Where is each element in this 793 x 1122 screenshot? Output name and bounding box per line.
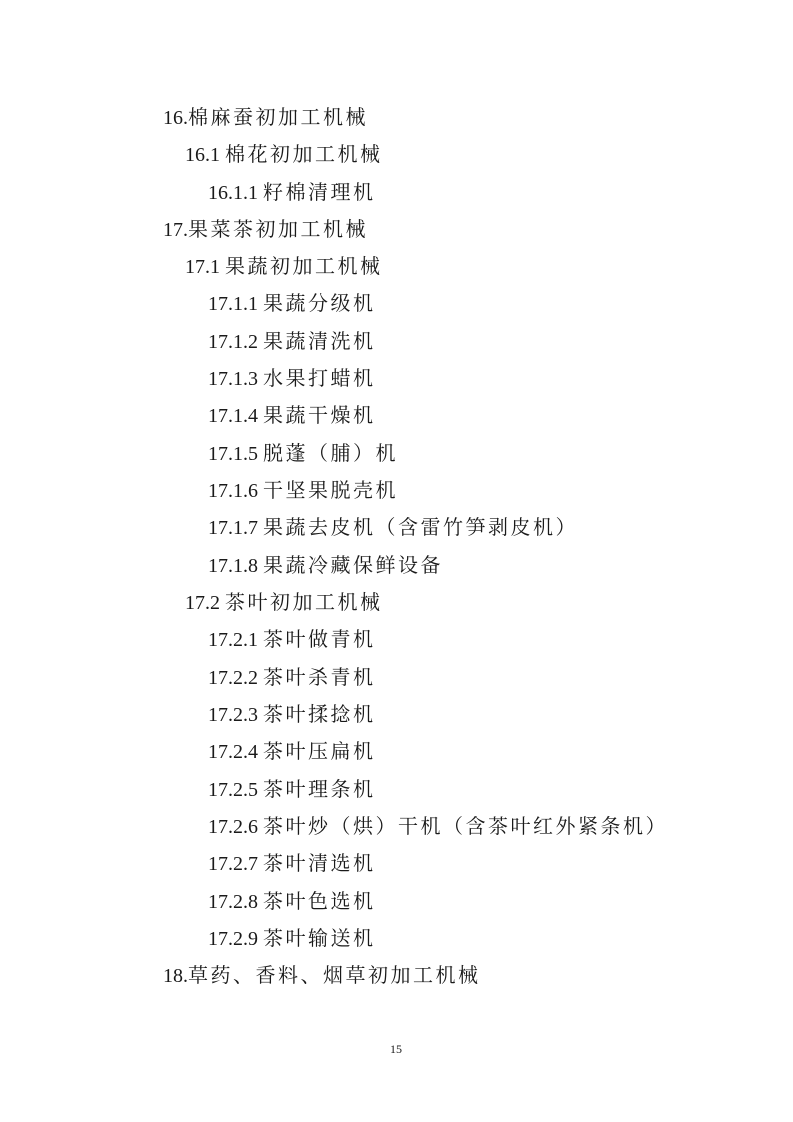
item-text: 茶叶炒（烘）干机（含茶叶红外紧条机）	[263, 816, 668, 838]
subheading-item: 17.2 茶叶初加工机械	[185, 591, 383, 615]
item-text: 果菜茶初加工机械	[188, 219, 368, 241]
heading-item: 16.棉麻蚕初加工机械	[163, 106, 368, 130]
item-number: 16.1.1	[208, 182, 263, 204]
item-text: 果蔬清洗机	[263, 331, 376, 353]
item-text: 果蔬初加工机械	[225, 256, 383, 278]
list-item: 17.1.7 果蔬去皮机（含雷竹笋剥皮机）	[208, 516, 578, 540]
list-item: 16.1.1 籽棉清理机	[208, 181, 376, 205]
item-number: 17.1.1	[208, 293, 263, 315]
list-item: 17.2.7 茶叶清选机	[208, 852, 376, 876]
list-item: 17.1.1 果蔬分级机	[208, 292, 376, 316]
item-text: 草药、香料、烟草初加工机械	[188, 965, 481, 987]
item-number: 17.2.8	[208, 891, 263, 913]
list-item: 17.1.2 果蔬清洗机	[208, 330, 376, 354]
item-number: 17.1.2	[208, 331, 263, 353]
item-text: 脱蓬（脯）机	[263, 443, 398, 465]
item-text: 果蔬冷藏保鲜设备	[263, 555, 443, 577]
list-item: 17.1.6 干坚果脱壳机	[208, 479, 398, 503]
item-number: 17.1	[185, 256, 225, 278]
item-number: 17.1.8	[208, 555, 263, 577]
list-item: 17.1.5 脱蓬（脯）机	[208, 442, 398, 466]
item-number: 17.2	[185, 592, 225, 614]
item-number: 17.2.2	[208, 667, 263, 689]
item-number: 17.1.4	[208, 405, 263, 427]
subheading-item: 17.1 果蔬初加工机械	[185, 255, 383, 279]
item-text: 水果打蜡机	[263, 368, 376, 390]
item-number: 16.1	[185, 144, 225, 166]
item-number: 17.2.4	[208, 741, 263, 763]
item-number: 17.2.5	[208, 779, 263, 801]
list-item: 17.2.2 茶叶杀青机	[208, 666, 376, 690]
item-text: 棉麻蚕初加工机械	[188, 107, 368, 129]
item-number: 17.2.1	[208, 629, 263, 651]
list-item: 17.2.9 茶叶输送机	[208, 927, 376, 951]
list-item: 17.2.4 茶叶压扁机	[208, 740, 376, 764]
heading-item: 18.草药、香料、烟草初加工机械	[163, 964, 481, 988]
list-item: 17.2.3 茶叶揉捻机	[208, 703, 376, 727]
item-text: 茶叶输送机	[263, 928, 376, 950]
item-text: 茶叶色选机	[263, 891, 376, 913]
item-text: 茶叶揉捻机	[263, 704, 376, 726]
item-text: 茶叶压扁机	[263, 741, 376, 763]
item-number: 17.2.6	[208, 816, 263, 838]
list-item: 17.2.5 茶叶理条机	[208, 778, 376, 802]
list-item: 17.1.3 水果打蜡机	[208, 367, 376, 391]
item-text: 果蔬去皮机（含雷竹笋剥皮机）	[263, 517, 578, 539]
item-text: 茶叶做青机	[263, 629, 376, 651]
item-text: 干坚果脱壳机	[263, 480, 398, 502]
list-item: 17.2.8 茶叶色选机	[208, 890, 376, 914]
item-number: 17.1.5	[208, 443, 263, 465]
item-number: 18.	[163, 965, 188, 987]
list-item: 17.1.8 果蔬冷藏保鲜设备	[208, 554, 443, 578]
list-item: 17.2.6 茶叶炒（烘）干机（含茶叶红外紧条机）	[208, 815, 668, 839]
item-text: 棉花初加工机械	[225, 144, 383, 166]
item-number: 17.1.7	[208, 517, 263, 539]
item-number: 17.1.6	[208, 480, 263, 502]
item-text: 茶叶理条机	[263, 779, 376, 801]
item-number: 17.	[163, 219, 188, 241]
heading-item: 17.果菜茶初加工机械	[163, 218, 368, 242]
item-text: 茶叶杀青机	[263, 667, 376, 689]
list-item: 17.2.1 茶叶做青机	[208, 628, 376, 652]
item-text: 果蔬干燥机	[263, 405, 376, 427]
item-number: 17.2.9	[208, 928, 263, 950]
item-number: 17.2.3	[208, 704, 263, 726]
document-page: 16.棉麻蚕初加工机械 16.1 棉花初加工机械 16.1.1 籽棉清理机 17…	[0, 0, 793, 1122]
item-text: 籽棉清理机	[263, 182, 376, 204]
item-number: 16.	[163, 107, 188, 129]
item-text: 果蔬分级机	[263, 293, 376, 315]
subheading-item: 16.1 棉花初加工机械	[185, 143, 383, 167]
item-number: 17.2.7	[208, 853, 263, 875]
page-number: 15	[390, 1042, 402, 1057]
list-item: 17.1.4 果蔬干燥机	[208, 404, 376, 428]
item-text: 茶叶清选机	[263, 853, 376, 875]
item-number: 17.1.3	[208, 368, 263, 390]
item-text: 茶叶初加工机械	[225, 592, 383, 614]
